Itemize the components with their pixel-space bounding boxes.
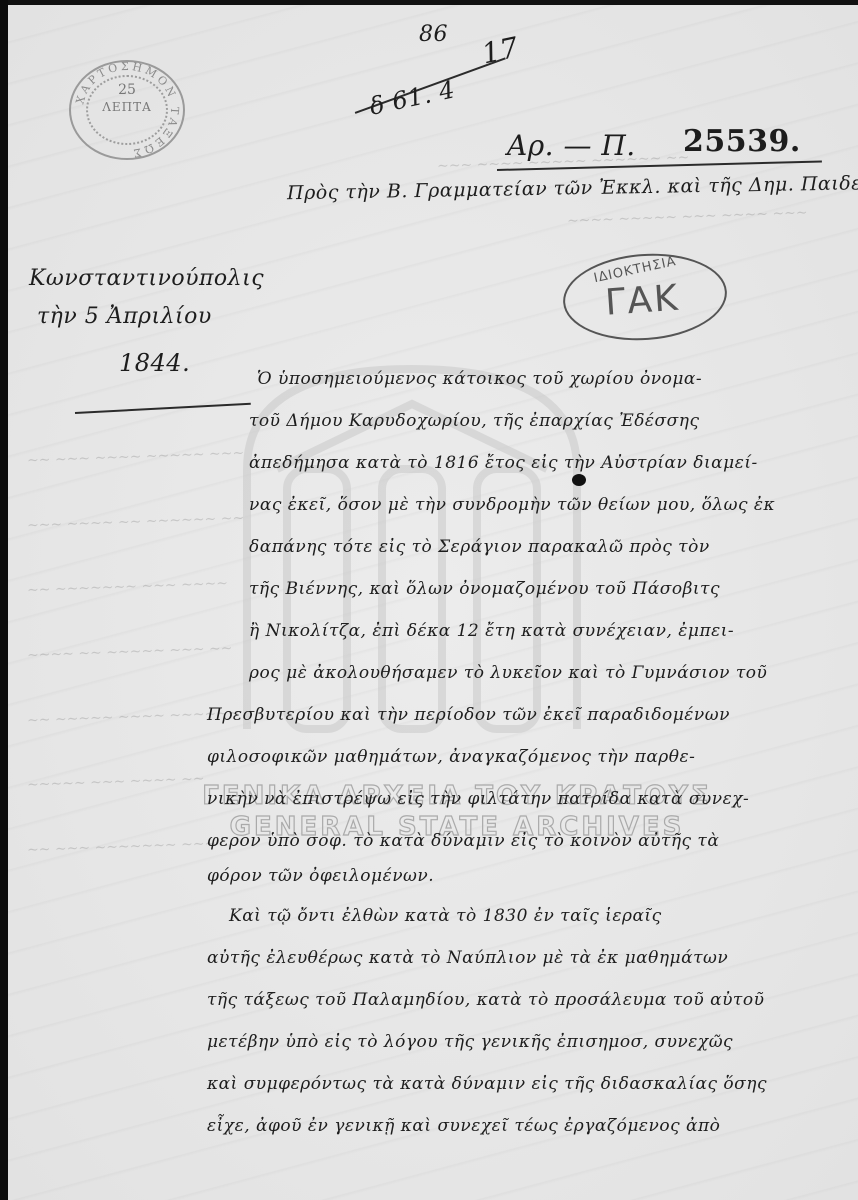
document-page: ~~ ~~~ ~~~~ ~~~~~ ~~~ ~~~ ~~~~ ~~ ~~~~~~…	[7, 4, 858, 1200]
place-name: Κωνσταντινούπολις	[29, 266, 264, 291]
scan-border-top	[0, 0, 858, 5]
body-line: καὶ συμφερόντως τὰ κατὰ δύναμιν εἰς τῆς …	[207, 1074, 767, 1094]
annotation-fraction-side: 17	[479, 31, 522, 71]
body-line: δαπάνης τότε εἰς τὸ Σεράγιον παρακαλῶ πρ…	[249, 537, 710, 557]
body-line: εἶχε, ἀφοῦ ἐν γενικῇ καὶ συνεχεῖ τέως ἐρ…	[207, 1116, 720, 1136]
fiscal-stamp-value: 25	[71, 82, 183, 98]
annotation-fraction-top: 86	[419, 22, 448, 47]
scan-border-left	[0, 0, 8, 1200]
body-line: φερον ὑπὸ σοφ. τὸ κατὰ δύναμιν εἰς τὸ κο…	[207, 831, 719, 851]
registry-prefix: Αρ. — Π.	[507, 129, 636, 162]
fiscal-stamp-unit: ΛΕΠΤΑ	[71, 100, 183, 114]
annotation-fraction-bottom: δ 61. 4	[367, 75, 458, 120]
body-line: Πρεσβυτερίου καὶ τὴν περίοδον τῶν ἐκεῖ π…	[207, 705, 730, 725]
body-line: ἀπεδήμησα κατὰ τὸ 1816 ἔτος εἰς τὴν Αὐστ…	[249, 453, 758, 473]
archive-stamp-main-text: ΓΑΚ	[604, 278, 681, 324]
body-line: μετέβην ὑπὸ εἰς τὸ λόγου τῆς γενικῆς ἐπι…	[207, 1032, 733, 1052]
body-line: φιλοσοφικῶν μαθημάτων, ἀναγκαζόμενος τὴν…	[207, 747, 695, 767]
body-line: ρος μὲ ἀκολουθήσαμεν τὸ λυκεῖον καὶ τὸ Γ…	[249, 663, 767, 683]
body-line: νικὴν νὰ ἐπιστρέψω εἰς τὴν φιλτάτην πατρ…	[207, 789, 749, 809]
address-line: Πρὸς τὴν Β. Γραμματείαν τῶν Ἐκκλ. καὶ τῆ…	[287, 172, 858, 205]
body-line: Ὁ ὑποσημειούμενος κάτοικος τοῦ χωρίου ὀν…	[257, 369, 702, 389]
date-text: τὴν 5 Ἀπριλίου	[37, 304, 212, 329]
body-line: τῆς Βιέννης, καὶ ὅλων ὀνομαζομένου τοῦ Π…	[249, 579, 720, 599]
body-line: Καὶ τῷ ὄντι ἐλθὼν κατὰ τὸ 1830 ἐν ταῖς ἱ…	[229, 906, 662, 926]
body-line: νας ἐκεῖ, ὅσον μὲ τὴν συνδρομὴν τῶν θείω…	[249, 495, 775, 515]
archive-property-stamp: ΙΔΙΟΚΤΗΣΙΑ ΓΑΚ	[560, 248, 730, 345]
body-line: τοῦ Δήμου Καρυδοχωρίου, τῆς ἐπαρχίας Ἐδέ…	[249, 411, 699, 431]
body-line: ἢ Νικολίτζα, ἐπὶ δέκα 12 ἔτη κατὰ συνέχε…	[249, 621, 734, 641]
registry-number: 25539.	[683, 124, 801, 159]
date-year: 1844.	[119, 349, 190, 377]
body-line: τῆς τάξεως τοῦ Παλαμηδίου, κατὰ τὸ προσά…	[207, 990, 764, 1010]
body-line: φόρον τῶν ὀφειλομένων.	[207, 866, 434, 886]
body-line: αὐτῆς ἐλευθέρως κατὰ τὸ Ναύπλιον μὲ τὰ ἐ…	[207, 948, 728, 968]
ink-blot	[572, 474, 586, 486]
fiscal-stamp: ΧΑΡΤΟΣΗΜΟΝ ΤΑΞΕΩΣ 25 ΛΕΠΤΑ	[69, 60, 185, 160]
